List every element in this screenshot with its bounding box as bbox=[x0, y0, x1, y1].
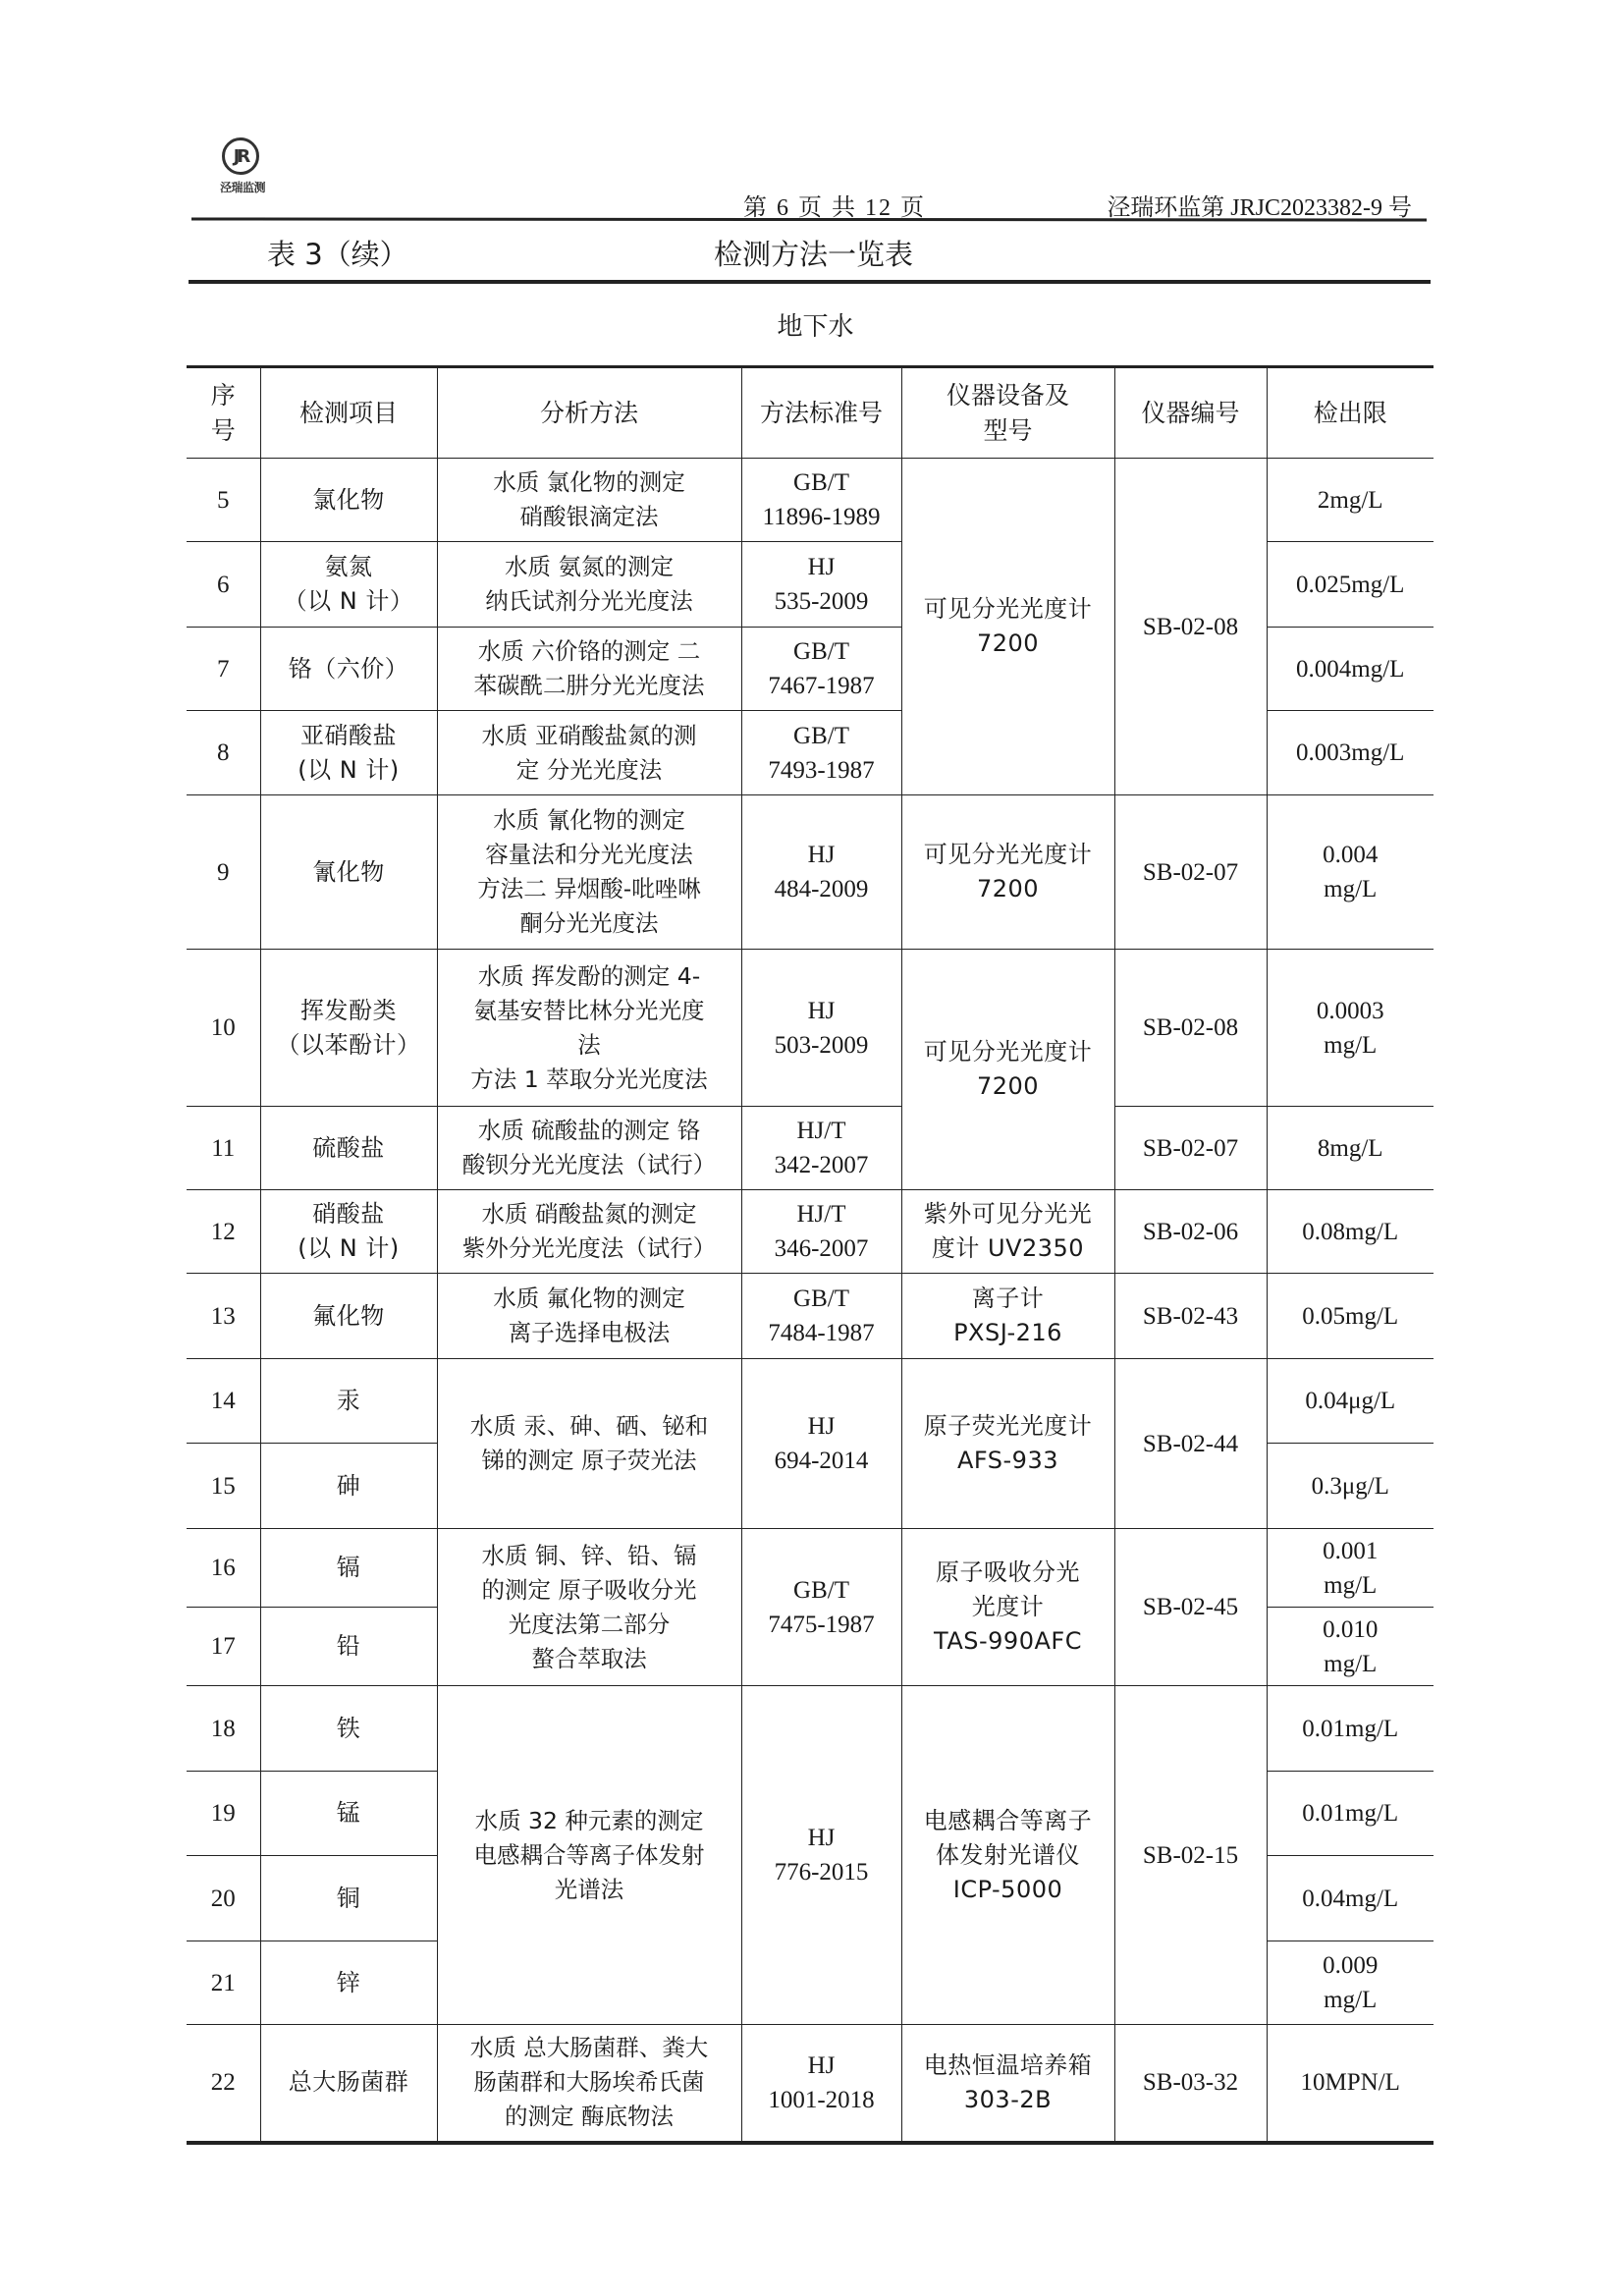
cell-method: 水质 铜、锌、铅、镉的测定 原子吸收分光光度法第二部分螯合萃取法 bbox=[437, 1529, 741, 1686]
cell-limit: 0.010mg/L bbox=[1267, 1608, 1434, 1686]
col-header-standard: 方法标准号 bbox=[741, 367, 901, 459]
cell-instrument-id: SB-02-06 bbox=[1114, 1190, 1267, 1274]
cell-no: 17 bbox=[187, 1608, 260, 1686]
cell-no: 9 bbox=[187, 795, 260, 950]
cell-instrument: 可见分光光度计7200 bbox=[901, 795, 1114, 950]
cell-instrument: 离子计PXSJ-216 bbox=[901, 1274, 1114, 1359]
cell-no: 12 bbox=[187, 1190, 260, 1274]
cell-limit: 0.01mg/L bbox=[1267, 1772, 1434, 1856]
cell-standard: HJ484-2009 bbox=[741, 795, 901, 950]
cell-no: 19 bbox=[187, 1772, 260, 1856]
table-row: 5 氯化物 水质 氯化物的测定硝酸银滴定法 GB/T11896-1989 可见分… bbox=[187, 459, 1434, 542]
cell-method: 水质 汞、砷、硒、铋和锑的测定 原子荧光法 bbox=[437, 1359, 741, 1529]
cell-item: 汞 bbox=[260, 1359, 437, 1444]
cell-instrument: 原子吸收分光光度计TAS-990AFC bbox=[901, 1529, 1114, 1686]
cell-method: 水质 氯化物的测定硝酸银滴定法 bbox=[437, 459, 741, 542]
logo-text: 泾瑞监测 bbox=[208, 179, 277, 195]
cell-standard: GB/T7484-1987 bbox=[741, 1274, 901, 1359]
table-row: 16 镉 水质 铜、锌、铅、镉的测定 原子吸收分光光度法第二部分螯合萃取法 GB… bbox=[187, 1529, 1434, 1608]
header-rule bbox=[191, 217, 1427, 221]
table-row: 9 氰化物 水质 氰化物的测定容量法和分光光度法方法二 异烟酸-吡唑啉酮分光光度… bbox=[187, 795, 1434, 950]
cell-no: 7 bbox=[187, 628, 260, 711]
col-header-item: 检测项目 bbox=[260, 367, 437, 459]
cell-limit: 2mg/L bbox=[1267, 459, 1434, 542]
table-row: 12 硝酸盐(以 N 计) 水质 硝酸盐氮的测定紫外分光光度法（试行） HJ/T… bbox=[187, 1190, 1434, 1274]
cell-standard: GB/T11896-1989 bbox=[741, 459, 901, 542]
cell-instrument-id: SB-02-15 bbox=[1114, 1686, 1267, 2025]
table-row: 22 总大肠菌群 水质 总大肠菌群、粪大肠菌群和大肠埃希氏菌的测定 酶底物法 H… bbox=[187, 2025, 1434, 2143]
cell-standard: HJ535-2009 bbox=[741, 542, 901, 628]
cell-standard: HJ/T346-2007 bbox=[741, 1190, 901, 1274]
cell-limit: 10MPN/L bbox=[1267, 2025, 1434, 2143]
cell-limit: 0.3μg/L bbox=[1267, 1444, 1434, 1529]
cell-instrument: 可见分光光度计7200 bbox=[901, 950, 1114, 1190]
cell-instrument-id: SB-02-43 bbox=[1114, 1274, 1267, 1359]
col-header-instrument: 仪器设备及型号 bbox=[901, 367, 1114, 459]
cell-method: 水质 挥发酚的测定 4-氨基安替比林分光光度法方法 1 萃取分光光度法 bbox=[437, 950, 741, 1107]
table-row: 10 挥发酚类（以苯酚计） 水质 挥发酚的测定 4-氨基安替比林分光光度法方法 … bbox=[187, 950, 1434, 1107]
cell-item: 锌 bbox=[260, 1941, 437, 2025]
cell-limit: 8mg/L bbox=[1267, 1107, 1434, 1190]
cell-no: 22 bbox=[187, 2025, 260, 2143]
cell-item: 氟化物 bbox=[260, 1274, 437, 1359]
cell-instrument-id: SB-02-07 bbox=[1114, 1107, 1267, 1190]
cell-standard: HJ1001-2018 bbox=[741, 2025, 901, 2143]
logo-mark-icon: JR bbox=[222, 137, 259, 175]
table-row: 13 氟化物 水质 氟化物的测定离子选择电极法 GB/T7484-1987 离子… bbox=[187, 1274, 1434, 1359]
cell-instrument-id: SB-02-08 bbox=[1114, 950, 1267, 1107]
doc-title: 检测方法一览表 bbox=[714, 233, 913, 273]
cell-standard: HJ503-2009 bbox=[741, 950, 901, 1107]
cell-no: 18 bbox=[187, 1686, 260, 1772]
cell-instrument: 紫外可见分光光度计 UV2350 bbox=[901, 1190, 1114, 1274]
col-header-instrument-id: 仪器编号 bbox=[1114, 367, 1267, 459]
cell-item: 氨氮（以 N 计） bbox=[260, 542, 437, 628]
cell-standard: HJ694-2014 bbox=[741, 1359, 901, 1529]
title-rule bbox=[189, 280, 1431, 284]
cell-standard: GB/T7475-1987 bbox=[741, 1529, 901, 1686]
cell-limit: 0.0003mg/L bbox=[1267, 950, 1434, 1107]
cell-no: 13 bbox=[187, 1274, 260, 1359]
cell-method: 水质 六价铬的测定 二苯碳酰二肼分光光度法 bbox=[437, 628, 741, 711]
cell-item: 锰 bbox=[260, 1772, 437, 1856]
col-header-method: 分析方法 bbox=[437, 367, 741, 459]
methods-table: 序号 检测项目 分析方法 方法标准号 仪器设备及型号 仪器编号 检出限 5 氯化… bbox=[187, 365, 1434, 2145]
cell-limit: 0.009mg/L bbox=[1267, 1941, 1434, 2025]
page-info: 第 6 页 共 12 页 bbox=[743, 188, 926, 222]
cell-method: 水质 32 种元素的测定电感耦合等离子体发射光谱法 bbox=[437, 1686, 741, 2025]
report-number: 泾瑞环监第 JRJC2023382-9 号 bbox=[1107, 188, 1412, 222]
cell-limit: 0.08mg/L bbox=[1267, 1190, 1434, 1274]
cell-item: 铁 bbox=[260, 1686, 437, 1772]
cell-instrument: 原子荧光光度计AFS-933 bbox=[901, 1359, 1114, 1529]
cell-no: 11 bbox=[187, 1107, 260, 1190]
cell-method: 水质 氟化物的测定离子选择电极法 bbox=[437, 1274, 741, 1359]
cell-item: 挥发酚类（以苯酚计） bbox=[260, 950, 437, 1107]
cell-limit: 0.04mg/L bbox=[1267, 1856, 1434, 1941]
cell-limit: 0.001mg/L bbox=[1267, 1529, 1434, 1608]
cell-no: 14 bbox=[187, 1359, 260, 1444]
cell-item: 铅 bbox=[260, 1608, 437, 1686]
cell-standard: GB/T7467-1987 bbox=[741, 628, 901, 711]
cell-limit: 0.004mg/L bbox=[1267, 795, 1434, 950]
cell-no: 20 bbox=[187, 1856, 260, 1941]
cell-no: 5 bbox=[187, 459, 260, 542]
cell-instrument-id: SB-02-45 bbox=[1114, 1529, 1267, 1686]
table-row: 11 硫酸盐 水质 硫酸盐的测定 铬酸钡分光光度法（试行） HJ/T342-20… bbox=[187, 1107, 1434, 1190]
cell-limit: 0.025mg/L bbox=[1267, 542, 1434, 628]
cell-method: 水质 总大肠菌群、粪大肠菌群和大肠埃希氏菌的测定 酶底物法 bbox=[437, 2025, 741, 2143]
cell-item: 砷 bbox=[260, 1444, 437, 1529]
cell-limit: 0.05mg/L bbox=[1267, 1274, 1434, 1359]
table-header-row: 序号 检测项目 分析方法 方法标准号 仪器设备及型号 仪器编号 检出限 bbox=[187, 367, 1434, 459]
cell-item: 硫酸盐 bbox=[260, 1107, 437, 1190]
cell-item: 氯化物 bbox=[260, 459, 437, 542]
section-title: 地下水 bbox=[0, 306, 1623, 343]
cell-instrument-id: SB-03-32 bbox=[1114, 2025, 1267, 2143]
cell-no: 6 bbox=[187, 542, 260, 628]
cell-instrument-id: SB-02-08 bbox=[1114, 459, 1267, 795]
col-header-no: 序号 bbox=[187, 367, 260, 459]
cell-no: 8 bbox=[187, 711, 260, 795]
cell-no: 16 bbox=[187, 1529, 260, 1608]
table-row: 18 铁 水质 32 种元素的测定电感耦合等离子体发射光谱法 HJ776-201… bbox=[187, 1686, 1434, 1772]
cell-standard: GB/T7493-1987 bbox=[741, 711, 901, 795]
cell-limit: 0.004mg/L bbox=[1267, 628, 1434, 711]
cell-instrument-id: SB-02-44 bbox=[1114, 1359, 1267, 1529]
cell-no: 15 bbox=[187, 1444, 260, 1529]
cell-instrument: 可见分光光度计7200 bbox=[901, 459, 1114, 795]
cell-limit: 0.003mg/L bbox=[1267, 711, 1434, 795]
cell-instrument: 电热恒温培养箱303-2B bbox=[901, 2025, 1114, 2143]
table-label: 表 3（续） bbox=[267, 233, 408, 273]
company-logo: JR 泾瑞监测 bbox=[208, 137, 277, 202]
cell-method: 水质 氨氮的测定纳氏试剂分光光度法 bbox=[437, 542, 741, 628]
cell-no: 21 bbox=[187, 1941, 260, 2025]
col-header-limit: 检出限 bbox=[1267, 367, 1434, 459]
cell-limit: 0.04μg/L bbox=[1267, 1359, 1434, 1444]
cell-method: 水质 硝酸盐氮的测定紫外分光光度法（试行） bbox=[437, 1190, 741, 1274]
cell-item: 铜 bbox=[260, 1856, 437, 1941]
cell-standard: HJ776-2015 bbox=[741, 1686, 901, 2025]
cell-item: 镉 bbox=[260, 1529, 437, 1608]
table-row: 14 汞 水质 汞、砷、硒、铋和锑的测定 原子荧光法 HJ694-2014 原子… bbox=[187, 1359, 1434, 1444]
cell-item: 铬（六价） bbox=[260, 628, 437, 711]
cell-no: 10 bbox=[187, 950, 260, 1107]
cell-item: 硝酸盐(以 N 计) bbox=[260, 1190, 437, 1274]
cell-standard: HJ/T342-2007 bbox=[741, 1107, 901, 1190]
cell-limit: 0.01mg/L bbox=[1267, 1686, 1434, 1772]
cell-item: 氰化物 bbox=[260, 795, 437, 950]
cell-method: 水质 硫酸盐的测定 铬酸钡分光光度法（试行） bbox=[437, 1107, 741, 1190]
cell-method: 水质 氰化物的测定容量法和分光光度法方法二 异烟酸-吡唑啉酮分光光度法 bbox=[437, 795, 741, 950]
cell-instrument-id: SB-02-07 bbox=[1114, 795, 1267, 950]
cell-method: 水质 亚硝酸盐氮的测定 分光光度法 bbox=[437, 711, 741, 795]
cell-item: 亚硝酸盐(以 N 计) bbox=[260, 711, 437, 795]
cell-instrument: 电感耦合等离子体发射光谱仪ICP-5000 bbox=[901, 1686, 1114, 2025]
cell-item: 总大肠菌群 bbox=[260, 2025, 437, 2143]
